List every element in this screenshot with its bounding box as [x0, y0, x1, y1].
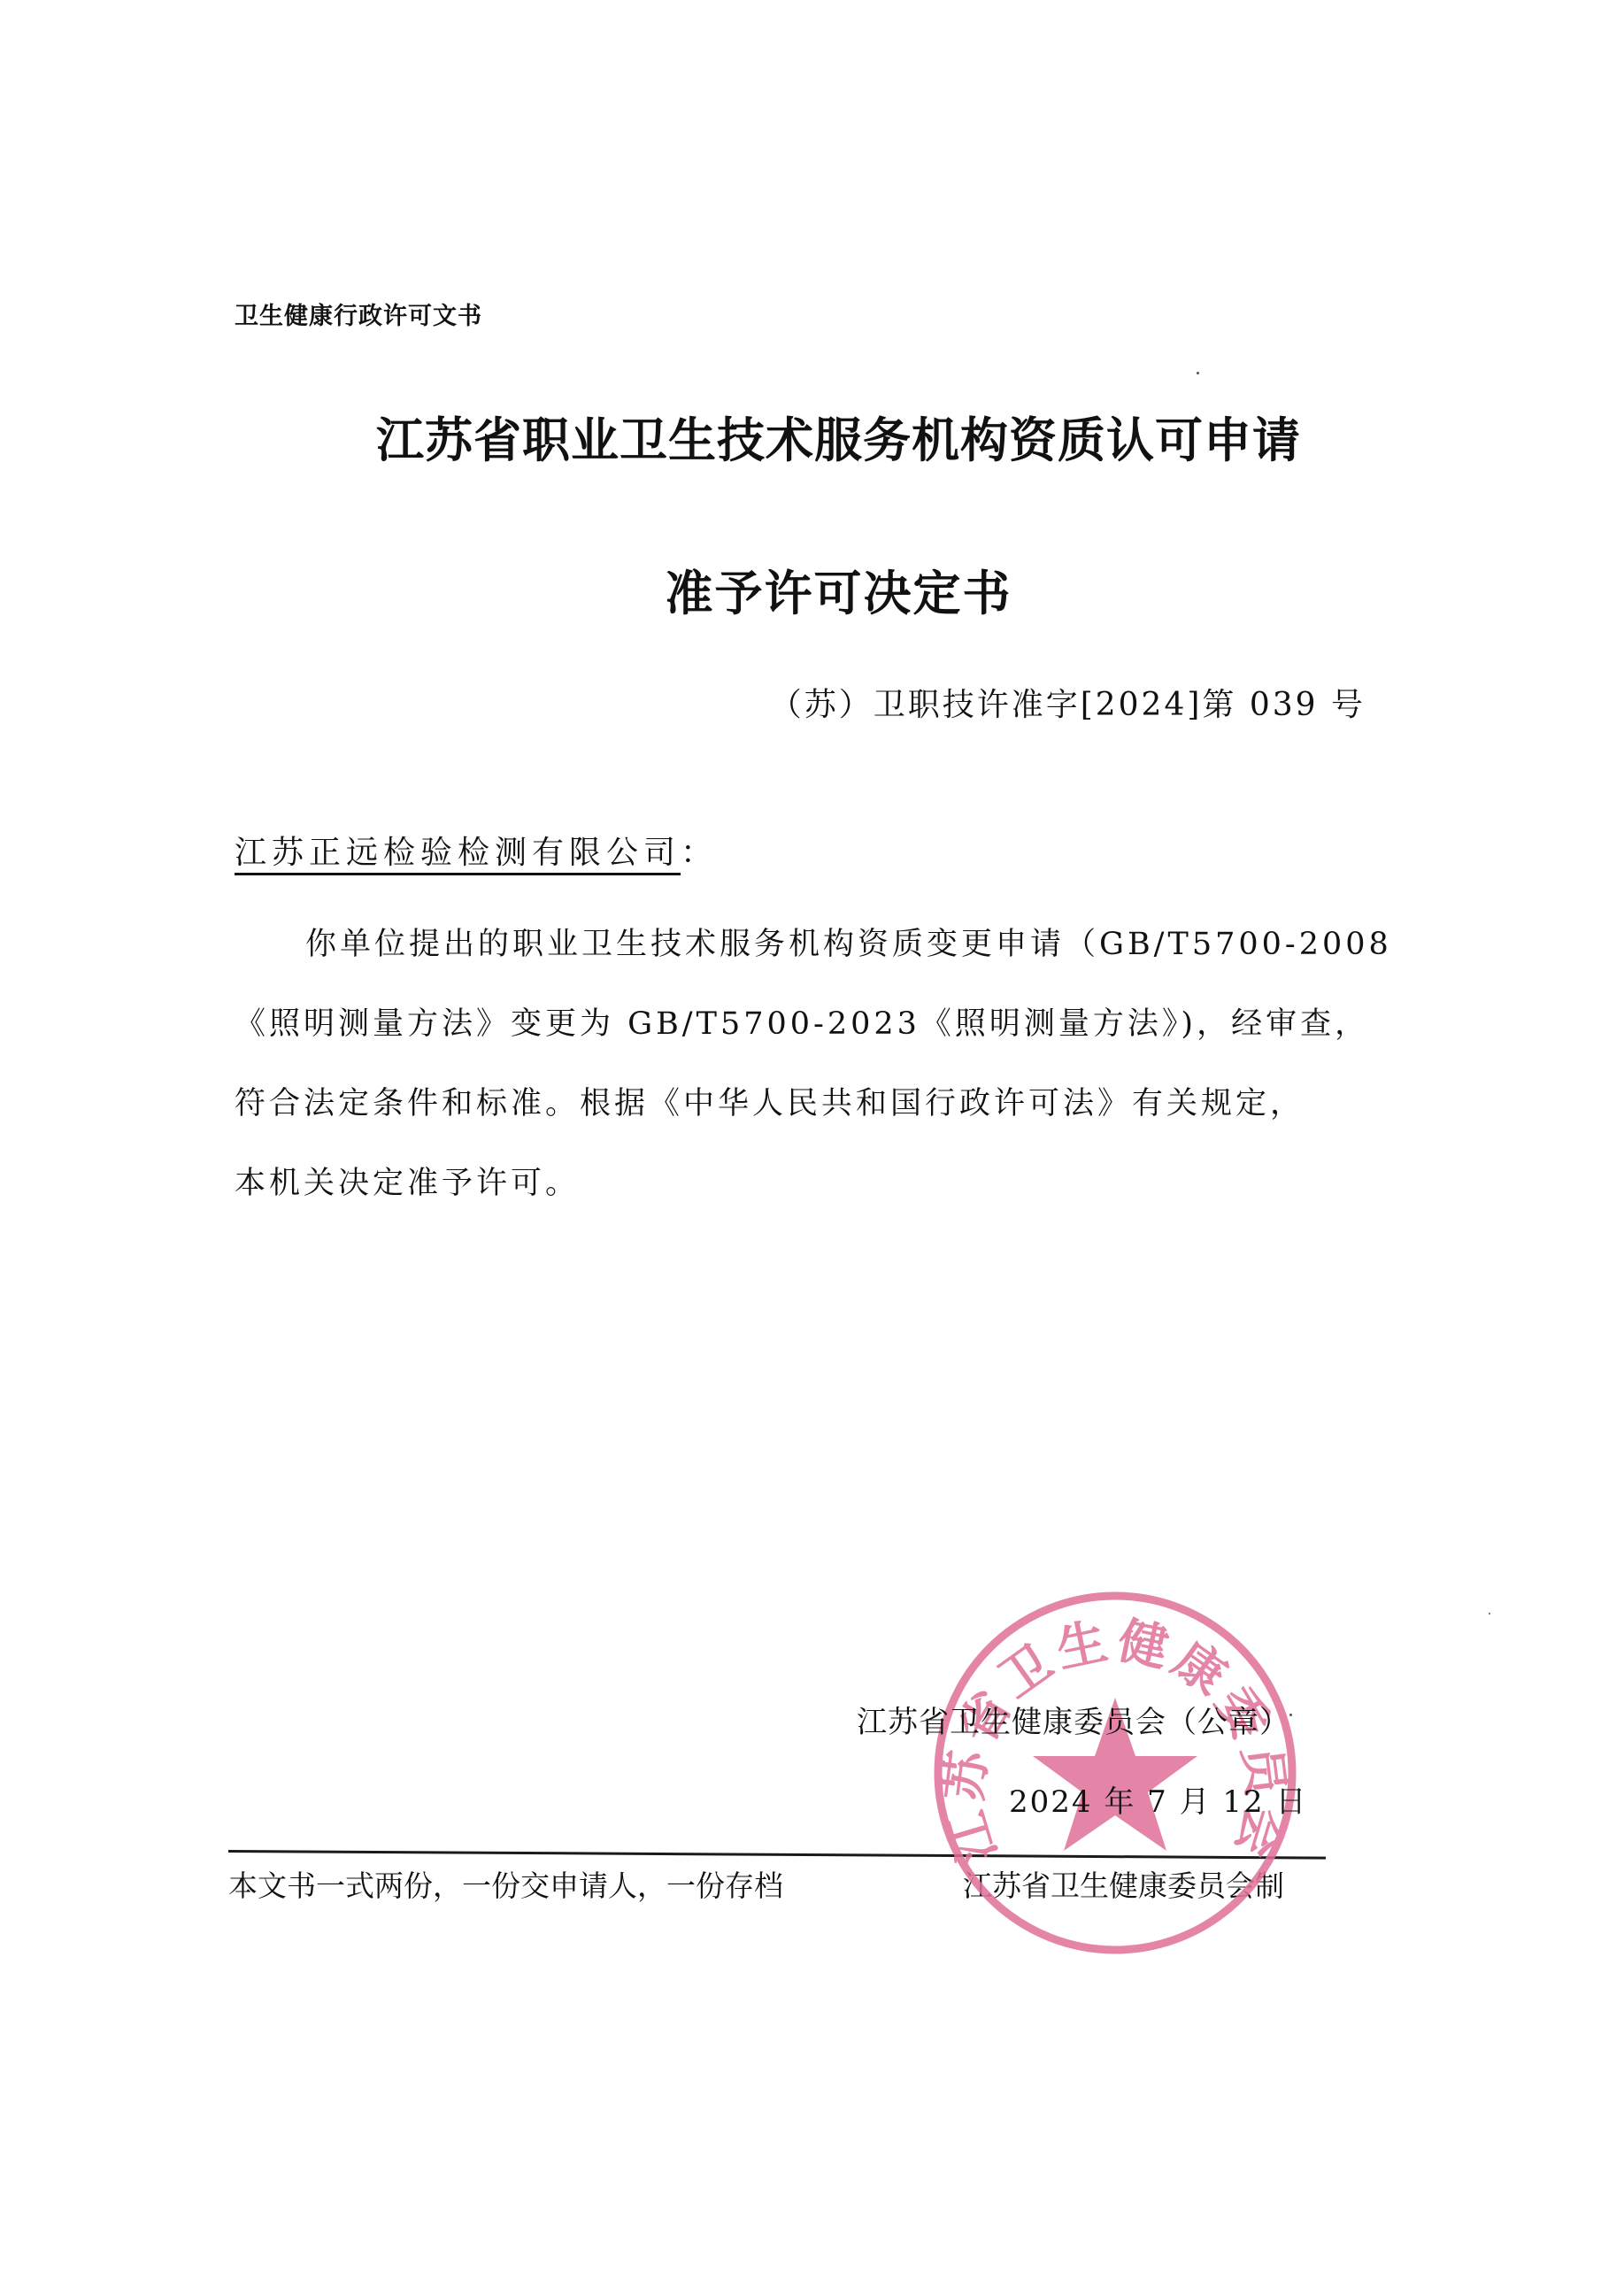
body-line-4: 本机关决定准予许可。: [235, 1144, 1385, 1223]
seal-graphic: 江苏省卫生健康委员会: [925, 1583, 1305, 1963]
scan-speck: [1197, 372, 1199, 374]
body-line-3: 符合法定条件和标准。根据《中华人民共和国行政许可法》有关规定，: [235, 1064, 1385, 1144]
issuing-authority: 江苏省卫生健康委员会（公章）: [857, 1698, 1290, 1741]
scan-speck: [1489, 1613, 1490, 1614]
body-line-1: 你单位提出的职业卫生技术服务机构资质变更申请（GB/T5700-2008: [235, 905, 1385, 984]
document-title-line-2: 准予许可决定书: [0, 556, 1624, 624]
recipient-colon: ：: [681, 835, 718, 871]
issue-date: 2024 年 7 月 12 日: [1009, 1777, 1307, 1821]
recipient-line: 江苏正远检验检测有限公司：: [235, 828, 718, 873]
footer-copies-note: 本文书一式两份，一份交申请人，一份存档: [228, 1863, 783, 1905]
recipient-name: 江苏正远检验检测有限公司: [235, 835, 681, 875]
document-number: （苏）卫职技许准字[2024]第 039 号: [770, 680, 1366, 725]
document-title-line-1: 江苏省职业卫生技术服务机构资质认可申请: [0, 403, 1624, 471]
document-type-label: 卫生健康行政许可文书: [235, 297, 482, 331]
decision-body: 你单位提出的职业卫生技术服务机构资质变更申请（GB/T5700-2008 《照明…: [235, 905, 1385, 1223]
official-seal: 江苏省卫生健康委员会: [925, 1583, 1305, 1963]
body-line-2: 《照明测量方法》变更为 GB/T5700-2023《照明测量方法》)，经审查，: [235, 984, 1385, 1064]
